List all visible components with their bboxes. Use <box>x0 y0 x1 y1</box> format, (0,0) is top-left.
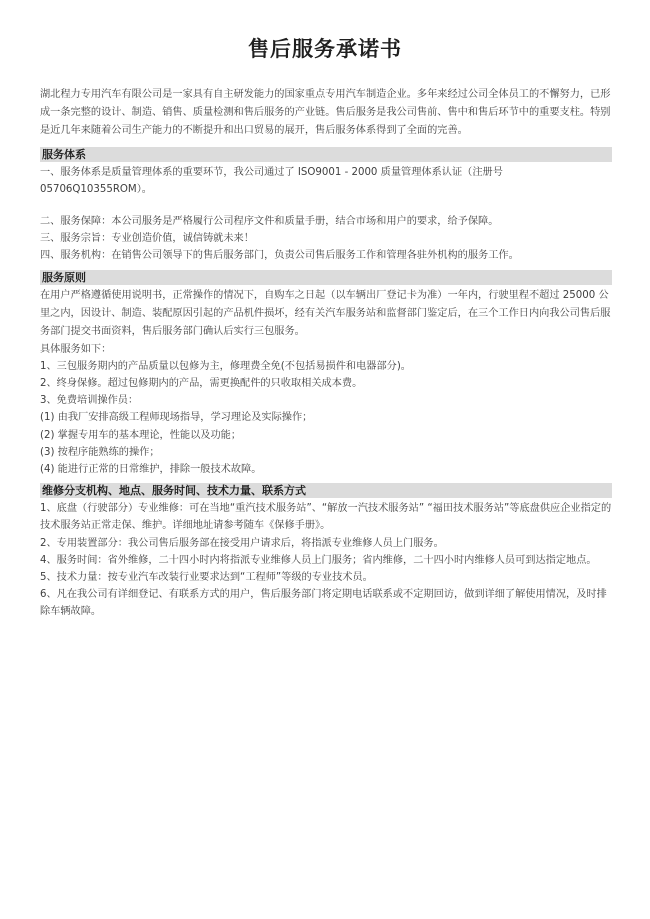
text-line: (4) 能进行正常的日常维护，排除一般技术故障。 <box>40 461 612 478</box>
intro-paragraph: 湖北程力专用汽车有限公司是一家具有自主研发能力的国家重点专用汽车制造企业。多年来… <box>40 86 612 141</box>
text-line: 二、服务保障：本公司服务是严格履行公司程序文件和质量手册，结合市场和用户的要求，… <box>40 213 612 230</box>
text-line: 4、服务时间：省外维修，二十四小时内将指派专业维修人员上门服务；省内维修，二十四… <box>40 552 612 569</box>
text-line: 四、服务机构：在销售公司领导下的售后服务部门，负责公司售后服务工作和管理各驻外机… <box>40 247 612 264</box>
document-page: 售后服务承诺书 湖北程力专用汽车有限公司是一家具有自主研发能力的国家重点专用汽车… <box>0 0 650 919</box>
text-line: (3) 按程序能熟练的操作； <box>40 444 612 461</box>
principles-paragraph: 在用户严格遵循使用说明书，正常操作的情况下，自购车之日起（以车辆出厂登记卡为准）… <box>40 287 612 341</box>
text-line: 6、凡在我公司有详细登记、有联系方式的用户，售后服务部门将定期电话联系或不定期回… <box>40 586 612 620</box>
blank-line <box>40 198 612 213</box>
text-line: 2、专用装置部分：我公司售后服务部在接受用户请求后，将指派专业维修人员上门服务。 <box>40 535 612 552</box>
text-line: 一、服务体系是质量管理体系的重要环节，我公司通过了 ISO9001 - 2000… <box>40 164 612 198</box>
text-line: (1) 由我厂安排高级工程师现场指导，学习理论及实际操作； <box>40 409 612 426</box>
text-line: 5、技术力量：按专业汽车改装行业要求达到“工程师”等级的专业技术员。 <box>40 569 612 586</box>
section-header-service-principles: 服务原则 <box>40 270 612 285</box>
text-line: 具体服务如下： <box>40 341 612 358</box>
document-content: 湖北程力专用汽车有限公司是一家具有自主研发能力的国家重点专用汽车制造企业。多年来… <box>40 86 612 621</box>
text-line: 1、底盘（行驶部分）专业维修：可在当地“重汽技术服务站”、“解放一汽技术服务站”… <box>40 500 612 534</box>
text-line: 2、终身保修。超过包修期内的产品，需更换配件的只收取相关成本费。 <box>40 375 612 392</box>
section-header-service-system: 服务体系 <box>40 147 612 162</box>
text-line: 1、三包服务期内的产品质量以包修为主，修理费全免(不包括易损件和电器部分)。 <box>40 358 612 375</box>
text-line: 三、服务宗旨：专业创造价值，诚信铸就未来！ <box>40 230 612 247</box>
section-header-repair-branches: 维修分支机构、地点、服务时间、技术力量、联系方式 <box>40 483 612 498</box>
text-line: (2) 掌握专用车的基本理论，性能以及功能； <box>40 427 612 444</box>
page-title: 售后服务承诺书 <box>0 36 650 62</box>
text-line: 3、免费培训操作员： <box>40 392 612 409</box>
